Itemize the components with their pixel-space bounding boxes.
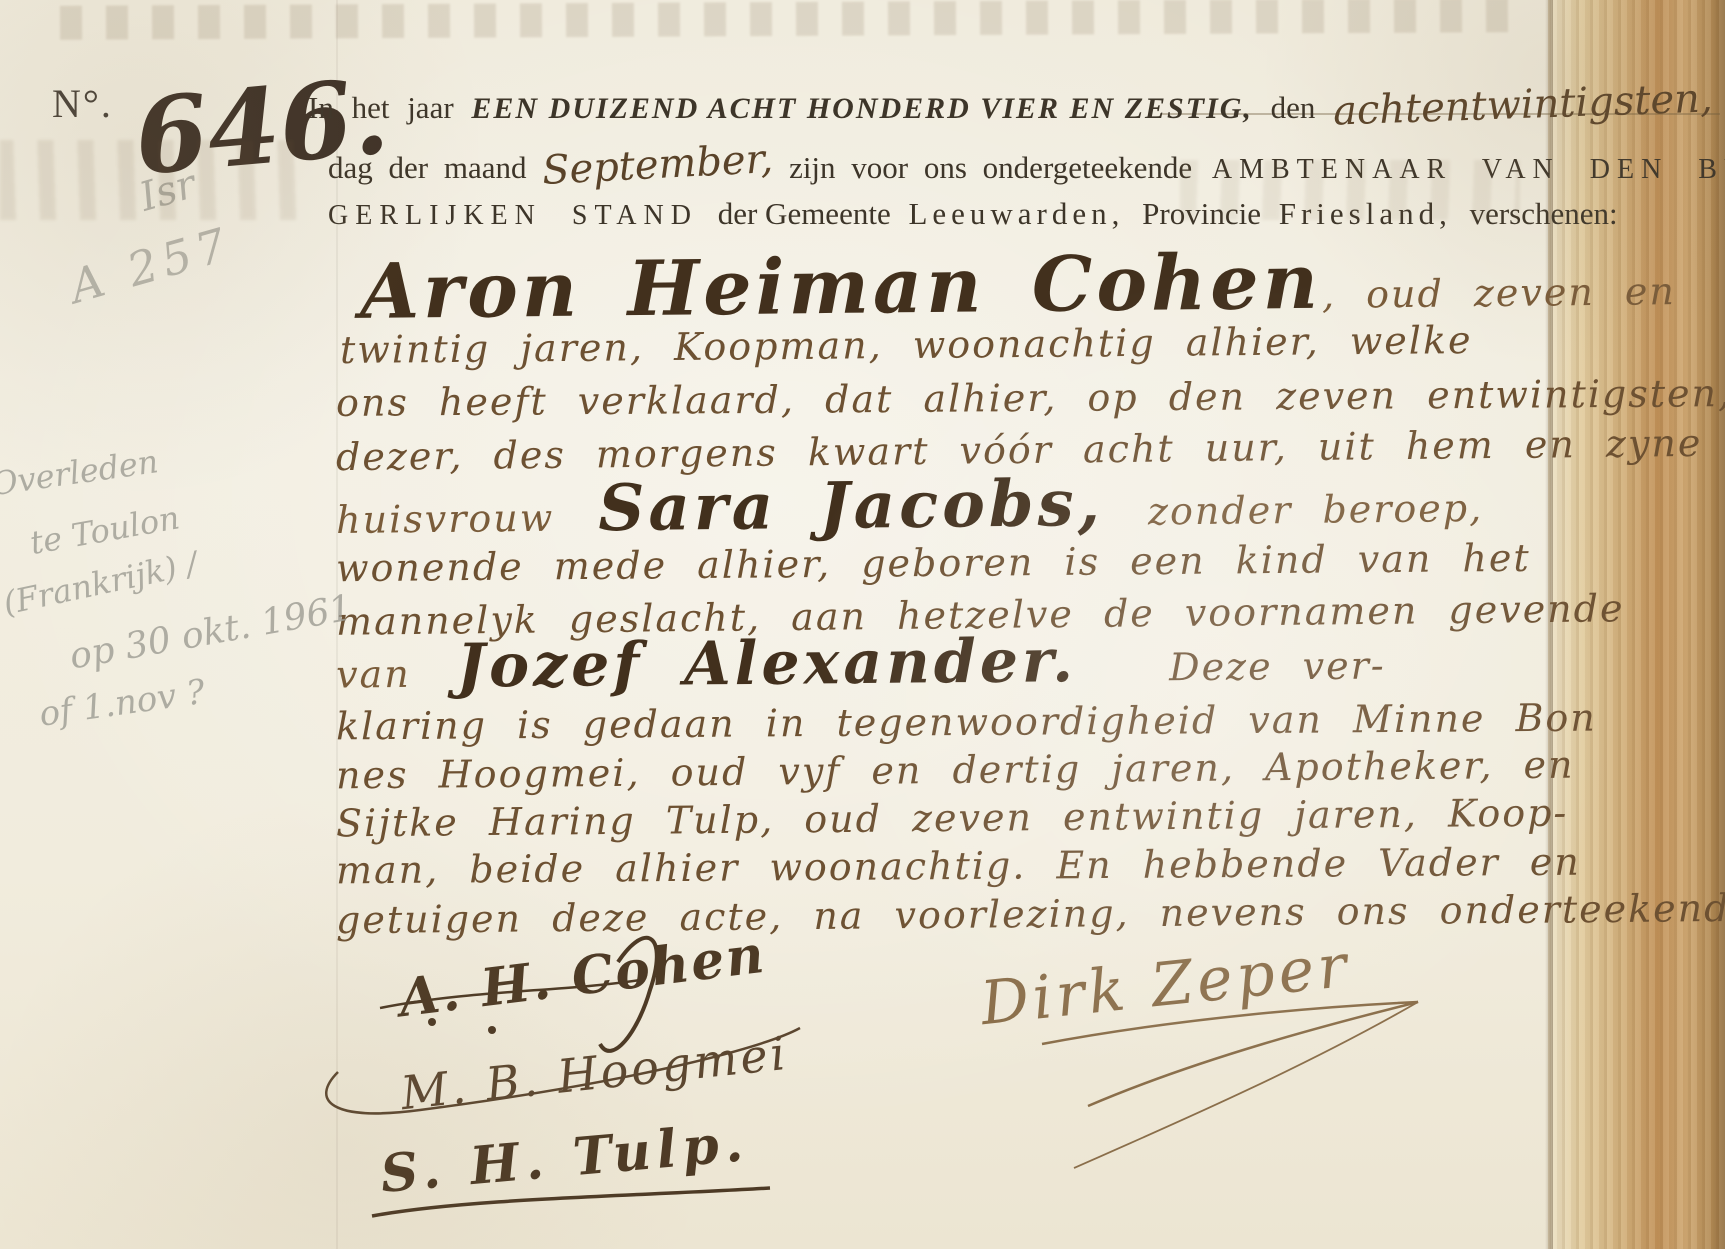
header-line3-caps: GERLIJKEN STAND bbox=[328, 200, 698, 231]
signature-registrar: Dirk Zeper bbox=[977, 931, 1353, 1039]
body-line-3: ons heeft verklaard, dat alhier, op den … bbox=[336, 371, 1725, 425]
signature-witness2: S. H. Tulp. bbox=[378, 1112, 751, 1205]
body-line-9: klaring is gedaan in tegenwoordigheid va… bbox=[336, 696, 1597, 749]
file-reference-note: A 257 bbox=[64, 216, 238, 314]
body-line-13: getuigen deze acte, na voorlezing, neven… bbox=[336, 886, 1725, 942]
header-month-handwritten: September, bbox=[541, 136, 774, 194]
bleed-through-left bbox=[0, 140, 300, 220]
body-line-11: Sijtke Haring Tulp, oud zeven entwintig … bbox=[336, 791, 1569, 846]
body-line-6: wonende mede alhier, geboren is een kind… bbox=[336, 536, 1531, 590]
header-line1-den: den bbox=[1271, 90, 1316, 125]
cohen-dot-2 bbox=[488, 1026, 496, 1034]
body-line5-pre: huisvrouw bbox=[336, 496, 555, 542]
body-line8-rest: Deze ver- bbox=[1169, 643, 1386, 689]
act-number-prefix: N°. bbox=[52, 81, 113, 126]
scanned-document-page: N°. 646. Isr A 257 In het jaar EEN DUIZE… bbox=[0, 0, 1725, 1249]
header-line2-pre: dag der maand bbox=[328, 150, 526, 185]
header-place: Leeuwarden, bbox=[908, 196, 1124, 231]
header-year-phrase: EEN DUIZEND ACHT HONDERD VIER EN ZESTIG, bbox=[471, 92, 1253, 125]
header-line2-mid: zijn voor ons ondergeteekende bbox=[789, 150, 1192, 185]
header-line-1: In het jaar EEN DUIZEND ACHT HONDERD VIE… bbox=[308, 82, 1713, 128]
body-line5-rest: zonder beroep, bbox=[1148, 486, 1484, 534]
header-day-handwritten: achtentwintigsten, bbox=[1332, 75, 1713, 134]
header-line3-mid1: der Gemeente bbox=[718, 196, 891, 231]
bleed-through-right bbox=[1180, 160, 1520, 220]
registrar-tail-lower bbox=[1074, 1002, 1418, 1168]
body-line1-rest: , oud zeven en bbox=[1322, 269, 1676, 317]
signature-witness1: M. B. Hoogmei bbox=[398, 1026, 790, 1120]
header-line1-pre: In het jaar bbox=[308, 90, 454, 125]
body-line-5: huisvrouw Sara Jacobs, zonder beroep, bbox=[336, 462, 1484, 549]
bleed-through-top bbox=[60, 0, 1510, 40]
child-name: Jozef Alexander. bbox=[456, 626, 1077, 701]
body-line-12: man, beide alhier woonachtig. En hebbend… bbox=[336, 840, 1581, 893]
mother-name: Sara Jacobs, bbox=[598, 466, 1104, 546]
body-line-10: nes Hoogmei, oud vyf en dertig jaren, Ap… bbox=[336, 743, 1575, 798]
death-note: Overleden te Toulon (Frankrijk) / op 30 … bbox=[0, 440, 354, 713]
body-line-2: twintig jaren, Koopman, woonachtig alhie… bbox=[340, 318, 1473, 372]
body-line-8: van Jozef Alexander. Deze ver- bbox=[336, 623, 1386, 702]
body-line-1: Aron Heiman Cohen, oud zeven en bbox=[360, 233, 1677, 336]
